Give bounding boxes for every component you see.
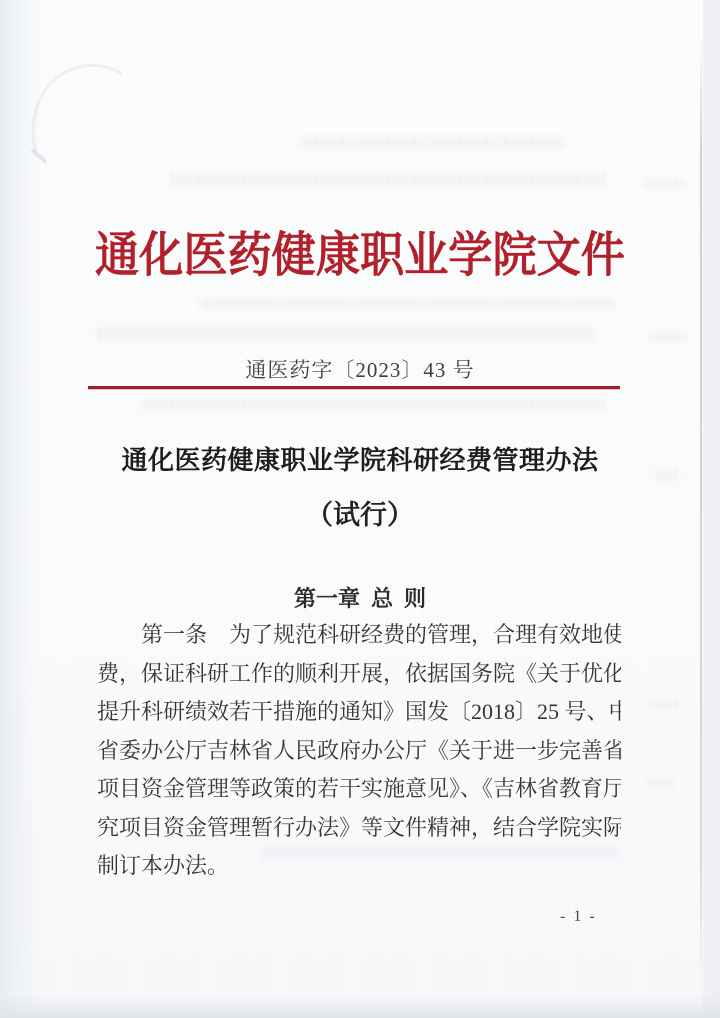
bleedthrough-mark [648,700,680,710]
bleedthrough-line [300,136,565,149]
body-paragraph: 第一条 为了规范科研经费的管理，合理有效地使用科研经 费，保证科研工作的顺利开展… [97,616,621,886]
red-divider-line [88,386,620,389]
bleedthrough-mark [644,178,686,189]
body-line: 制订本办法。 [97,847,621,886]
bleedthrough-line [95,328,595,340]
paper-edge-bottom-shadow [0,994,720,1018]
bleedthrough-mark [648,332,688,343]
body-line: 项目资金管理等政策的若干实施意见》、《吉林省教育厅科学研 [97,770,621,809]
document-title: 通化医药健康职业学院科研经费管理办法 [0,440,720,477]
bleedthrough-line [168,173,608,186]
body-line: 省委办公厅吉林省人民政府办公厅《关于进一步完善省财政科研 [97,732,621,771]
bleedthrough-line [140,399,605,411]
bleedthrough-mark [646,778,674,788]
body-line: 究项目资金管理暂行办法》等文件精神，结合学院实际情况，特 [97,809,621,848]
doc-number: 通医药字〔2023〕43 号 [0,354,720,384]
chapter-heading: 第一章 总 则 [0,582,720,613]
body-line: 提升科研绩效若干措施的通知》国发〔2018〕25 号、中共吉林 [97,693,621,732]
page-number: - 1 - [560,908,650,926]
bleedthrough-line [200,297,615,309]
document-subtitle: （试行） [0,493,720,532]
body-line: 费，保证科研工作的顺利开展，依据国务院《关于优化科研管理 [97,655,621,694]
body-line: 第一条 为了规范科研经费的管理，合理有效地使用科研经 [97,616,621,655]
document-photo: 通化医药健康职业学院文件 通医药字〔2023〕43 号 通化医药健康职业学院科研… [0,0,720,1018]
corner-fold-mark [22,42,142,177]
org-title: 通化医药健康职业学院文件 [29,216,691,285]
